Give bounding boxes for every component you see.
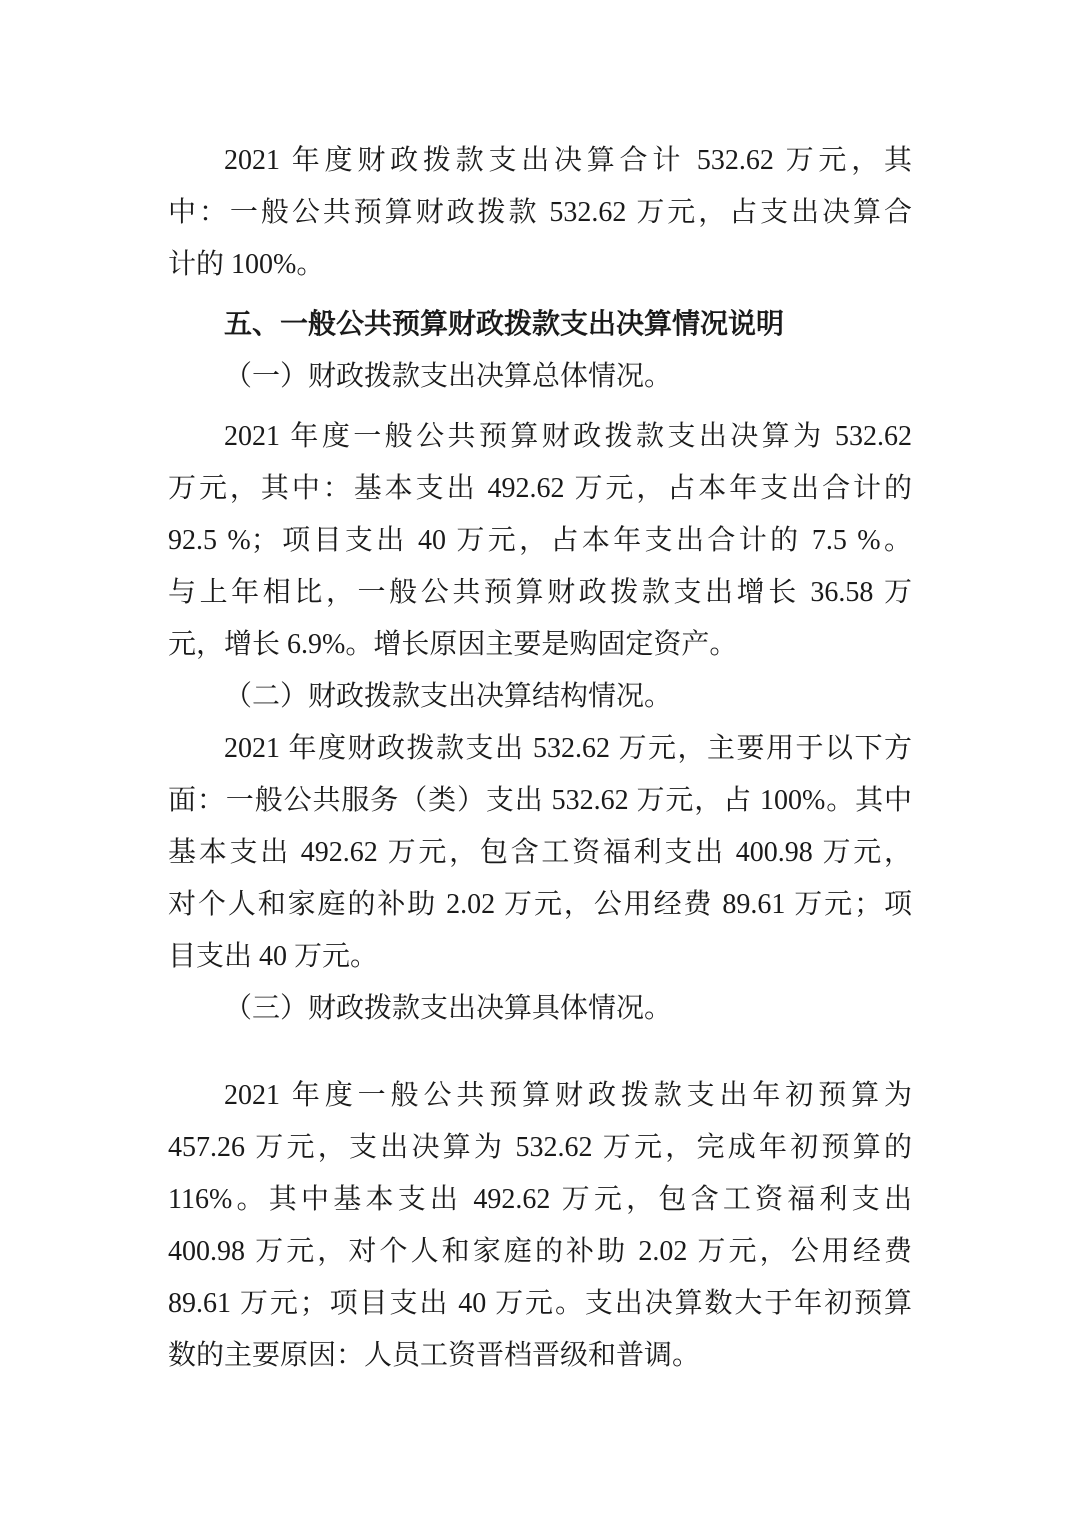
text-line: 92.5 %；项目支出 40 万元，占本年支出合计的 7.5 %。	[168, 515, 912, 567]
text-line: 基本支出 492.62 万元，包含工资福利支出 400.98 万元，	[168, 827, 912, 879]
text-line: 2021 年度财政拨款支出 532.62 万元，主要用于以下方	[168, 723, 912, 775]
text-line: （一）财政拨款支出决算总体情况。	[168, 351, 912, 403]
body-paragraph: 2021 年度一般公共预算财政拨款支出年初预算为457.26 万元，支出决算为 …	[168, 1070, 912, 1382]
text-line: 元，增长 6.9%。增长原因主要是购固定资产。	[168, 619, 912, 671]
section-heading: 五、一般公共预算财政拨款支出决算情况说明	[168, 299, 912, 351]
subsection-heading: （三）财政拨款支出决算具体情况。	[168, 983, 912, 1035]
text-line: 计的 100%。	[168, 239, 912, 291]
text-line: 116%。其中基本支出 492.62 万元，包含工资福利支出	[168, 1174, 912, 1226]
subsection-heading: （二）财政拨款支出决算结构情况。	[168, 671, 912, 723]
text-line: 万元，其中：基本支出 492.62 万元，占本年支出合计的	[168, 463, 912, 515]
text-line: 面：一般公共服务（类）支出 532.62 万元，占 100%。其中	[168, 775, 912, 827]
body-paragraph: 2021 年度财政拨款支出 532.62 万元，主要用于以下方面：一般公共服务（…	[168, 723, 912, 983]
text-line: 2021 年度财政拨款支出决算合计 532.62 万元，其	[168, 135, 912, 187]
text-line: 457.26 万元，支出决算为 532.62 万元，完成年初预算的	[168, 1122, 912, 1174]
text-line: 2021 年度一般公共预算财政拨款支出年初预算为	[168, 1070, 912, 1122]
text-line: 目支出 40 万元。	[168, 931, 912, 983]
text-line: （二）财政拨款支出决算结构情况。	[168, 671, 912, 723]
text-line: 对个人和家庭的补助 2.02 万元，公用经费 89.61 万元；项	[168, 879, 912, 931]
text-line: 400.98 万元，对个人和家庭的补助 2.02 万元，公用经费	[168, 1226, 912, 1278]
document-page: 2021 年度财政拨款支出决算合计 532.62 万元，其中：一般公共预算财政拨…	[0, 0, 1074, 1520]
text-line: 五、一般公共预算财政拨款支出决算情况说明	[168, 299, 912, 351]
text-line: （三）财政拨款支出决算具体情况。	[168, 983, 912, 1035]
text-line: 数的主要原因：人员工资晋档晋级和普调。	[168, 1330, 912, 1382]
subsection-heading: （一）财政拨款支出决算总体情况。	[168, 351, 912, 403]
body-paragraph: 2021 年度财政拨款支出决算合计 532.62 万元，其中：一般公共预算财政拨…	[168, 135, 912, 291]
text-line: 中：一般公共预算财政拨款 532.62 万元，占支出决算合	[168, 187, 912, 239]
text-line: 89.61 万元；项目支出 40 万元。支出决算数大于年初预算	[168, 1278, 912, 1330]
text-line: 2021 年度一般公共预算财政拨款支出决算为 532.62	[168, 411, 912, 463]
text-line: 与上年相比，一般公共预算财政拨款支出增长 36.58 万	[168, 567, 912, 619]
body-paragraph: 2021 年度一般公共预算财政拨款支出决算为 532.62万元，其中：基本支出 …	[168, 411, 912, 671]
